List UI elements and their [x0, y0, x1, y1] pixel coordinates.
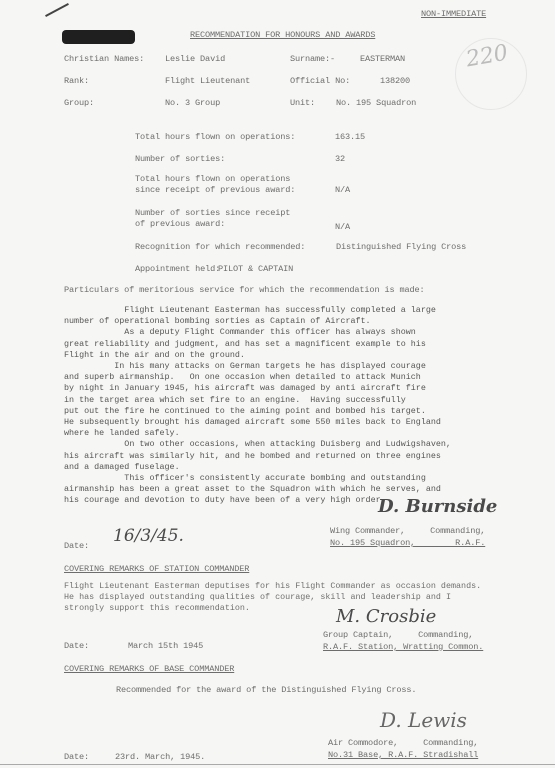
recognition-label: Recognition for which recommended: [135, 242, 305, 252]
base-signatory-unit: No.31 Base, R.A.F. Stradishall [328, 750, 478, 760]
citation-date-handwritten: 16/3/45. [113, 526, 184, 546]
hours-since-label-2: since receipt of previous award: [135, 185, 295, 195]
base-remarks-heading: COVERING REMARKS OF BASE COMMANDER [64, 664, 234, 674]
station-signatory-unit: R.A.F. Station, Wratting Common. [323, 642, 483, 652]
station-remarks-heading: COVERING REMARKS OF STATION COMMANDER [64, 564, 249, 574]
base-date-label: Date: [64, 752, 89, 762]
priority-stamp: NON-IMMEDIATE [421, 9, 486, 19]
base-date-value: 23rd. March, 1945. [115, 752, 205, 762]
citation-date-label: Date: [64, 541, 89, 551]
unit-label: Unit: [290, 98, 315, 108]
sorties-since-label-2: of previous award: [135, 219, 225, 229]
citation-heading: Particulars of meritorious service for w… [64, 285, 425, 295]
page-bottom-edge [0, 764, 555, 765]
station-signatory-rank: Group Captain, Commanding, [323, 630, 473, 640]
sorties-since-label-1: Number of sorties since receipt [135, 208, 290, 218]
recognition-value: Distinguished Flying Cross [336, 242, 466, 252]
citation-signatory-unit: No. 195 Squadron, R.A.F. [330, 538, 485, 548]
appointment-label: Appointment held: [135, 264, 220, 274]
official-no-value: 138200 [380, 76, 410, 86]
pen-mark [45, 3, 69, 17]
station-date-value: March 15th 1945 [128, 641, 203, 651]
unit-value: No. 195 Squadron [336, 98, 416, 108]
base-signatory-rank: Air Commodore, Commanding, [328, 738, 478, 748]
group-label: Group: [64, 98, 94, 108]
surname-value: EASTERMAN [360, 54, 405, 64]
appointment-value: PILOT & CAPTAIN [218, 264, 293, 274]
citation-text: Flight Lieutenant Easterman has successf… [64, 305, 451, 507]
official-no-label: Official No: [290, 76, 350, 86]
citation-signatory-rank: Wing Commander, Commanding, [330, 526, 485, 536]
sorties-value: 32 [335, 154, 345, 164]
surname-label: Surname:- [290, 54, 335, 64]
hours-since-label-1: Total hours flown on operations [135, 174, 290, 184]
rank-label: Rank: [64, 76, 89, 86]
air-commodore-signature: D. Lewis [380, 708, 467, 732]
rank-value: Flight Lieutenant [165, 76, 250, 86]
christian-names-label: Christian Names: [64, 54, 144, 64]
total-hours-value: 163.15 [335, 132, 365, 142]
total-hours-label: Total hours flown on operations: [135, 132, 295, 142]
group-value: No. 3 Group [165, 98, 220, 108]
redaction-bar [62, 30, 135, 44]
sorties-label: Number of sorties: [135, 154, 225, 164]
base-remarks-text: Recommended for the award of the Disting… [116, 685, 416, 695]
sorties-since-value: N/A [335, 222, 350, 232]
wing-commander-signature: D. Burnside [378, 496, 497, 517]
group-captain-signature: M. Crosbie [336, 606, 436, 627]
christian-names-value: Leslie David [165, 54, 225, 64]
hours-since-value: N/A [335, 185, 350, 195]
station-date-label: Date: [64, 641, 89, 651]
document-title: RECOMMENDATION FOR HONOURS AND AWARDS [190, 30, 375, 40]
